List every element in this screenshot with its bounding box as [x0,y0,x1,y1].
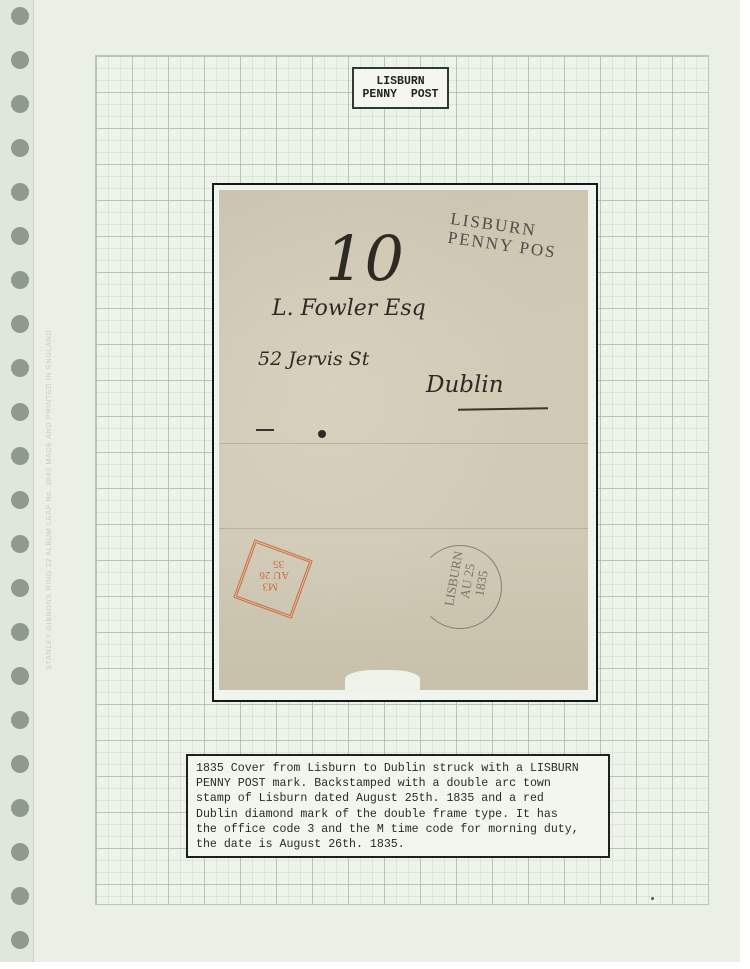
ring-hole [11,95,29,113]
diamond-line-3: M3 [242,581,298,593]
ring-binder-strip [0,0,34,962]
ring-hole [11,491,29,509]
ring-hole [11,623,29,641]
diamond-line-1: 35 [250,558,306,570]
caption-line: PENNY POST mark. Backstamped with a doub… [196,776,602,791]
ring-hole [11,7,29,25]
ring-hole [11,139,29,157]
caption-line: the date is August 26th. 1835. [196,837,602,852]
album-page: STANLEY GIBBONS RING 22 ALBUM LEAF No. 3… [0,0,740,962]
album-leaf-imprint: STANLEY GIBBONS RING 22 ALBUM LEAF No. 3… [44,330,53,670]
ring-hole [11,227,29,245]
street-address: 52 Jervis St [258,348,369,370]
title-line-1: LISBURN [354,75,447,88]
description-caption: 1835 Cover from Lisburn to Dublin struck… [186,754,610,858]
ink-dash [256,429,274,431]
ring-hole [11,931,29,949]
ring-hole [11,315,29,333]
grid-dot [651,897,654,900]
ring-hole [11,887,29,905]
caption-line: the office code 3 and the M time code fo… [196,822,602,837]
caption-line: stamp of Lisburn dated August 25th. 1835… [196,791,602,806]
title-line-2: PENNY POST [354,88,447,101]
ring-hole [11,51,29,69]
fold-line [219,443,588,444]
ring-hole [11,579,29,597]
ring-hole [11,711,29,729]
ring-hole [11,667,29,685]
ring-hole [11,359,29,377]
fold-line [219,528,588,529]
ring-hole [11,843,29,861]
ring-hole [11,799,29,817]
ring-hole [11,271,29,289]
diamond-line-2: AU 26 [246,569,302,581]
ring-hole [11,535,29,553]
city: Dublin [426,372,504,398]
paper-tear [345,670,420,692]
caption-line: 1835 Cover from Lisburn to Dublin struck… [196,761,602,776]
ring-hole [11,755,29,773]
caption-line: Dublin diamond mark of the double frame … [196,807,602,822]
addressee: L. Fowler Esq [272,296,426,321]
ink-blot [318,430,326,438]
ring-hole [11,447,29,465]
ring-hole [11,403,29,421]
ring-hole [11,183,29,201]
page-title: LISBURN PENNY POST [352,67,449,109]
rate-marking: 10 [325,222,404,295]
